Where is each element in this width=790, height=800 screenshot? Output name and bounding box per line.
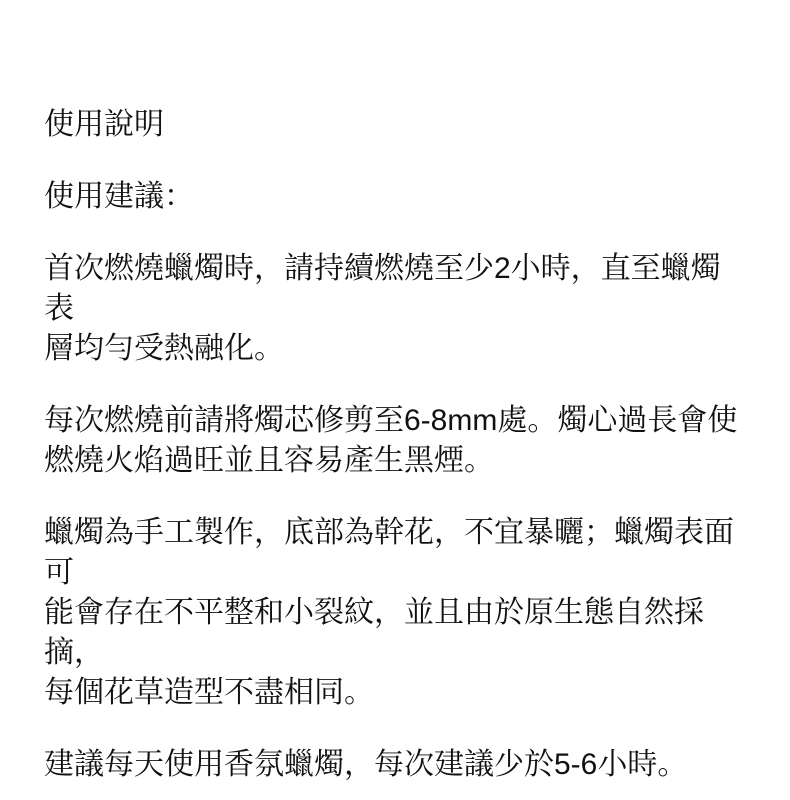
tip-paragraph-daily-usage: 建議每天使用香氛蠟燭，每次建議少於5-6小時。 bbox=[44, 745, 750, 785]
tip-paragraph-first-burn: 首次燃燒蠟燭時，請持續燃燒至少2小時，直至蠟燭表 層均勻受熱融化。 bbox=[44, 249, 750, 369]
instructions-page: 使用說明 使用建議： 首次燃燒蠟燭時，請持續燃燒至少2小時，直至蠟燭表 層均勻受… bbox=[0, 0, 790, 800]
tip-paragraph-handmade-notes: 蠟燭為手工製作，底部為幹花，不宜暴曬；蠟燭表面可 能會存在不平整和小裂紋，並且由… bbox=[44, 513, 750, 713]
tip-paragraph-wick-trimming: 每次燃燒前請將燭芯修剪至6-8mm處。燭心過長會使 燃燒火焰過旺並且容易產生黑煙… bbox=[44, 401, 750, 481]
page-title: 使用說明 bbox=[44, 105, 750, 145]
section-label-usage-suggestions: 使用建議： bbox=[44, 177, 750, 217]
